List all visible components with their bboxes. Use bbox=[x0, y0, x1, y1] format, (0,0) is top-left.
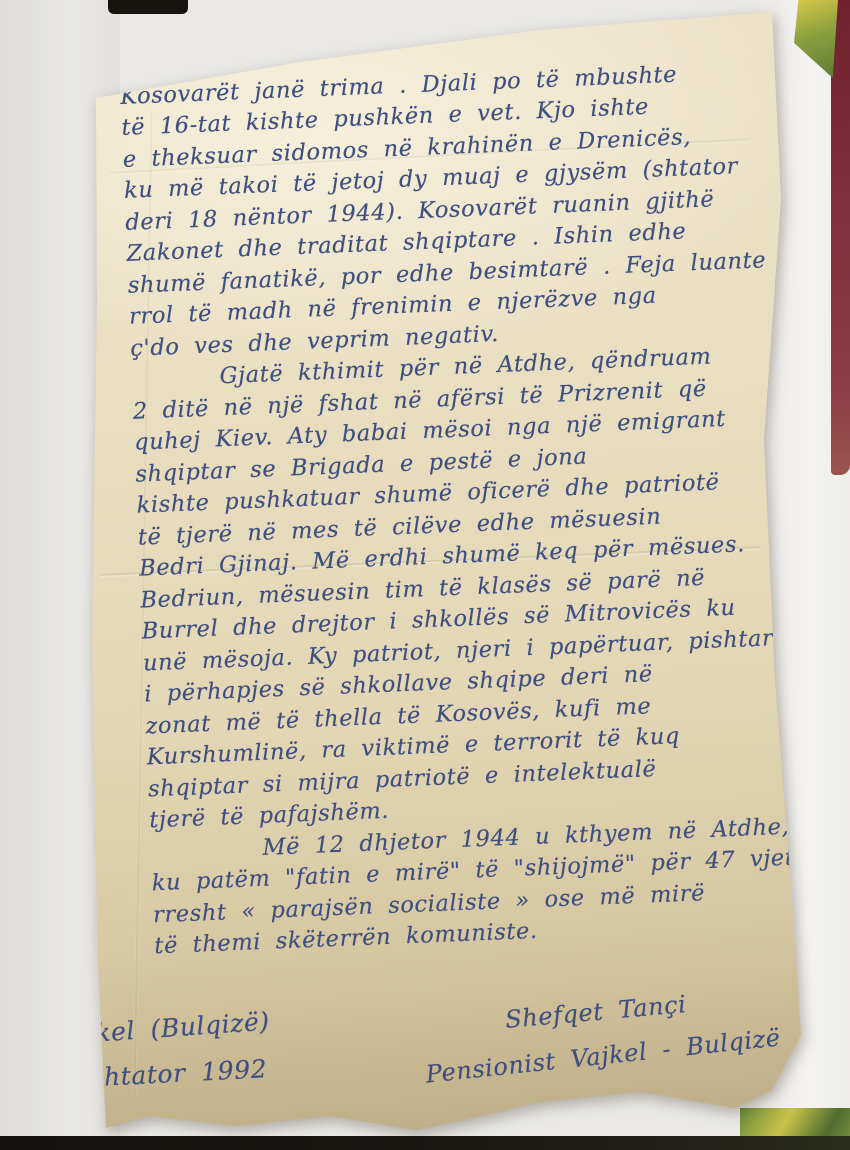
photo-bottom-black-bar bbox=[0, 1136, 850, 1150]
manuscript-paper-shadow: -5- Kosovarët janë trima . Djali po të m… bbox=[0, 0, 850, 1150]
manuscript-paper: -5- Kosovarët janë trima . Djali po të m… bbox=[0, 0, 850, 1150]
manuscript-text-block: -5- Kosovarët janë trima . Djali po të m… bbox=[118, 14, 810, 963]
footer-place: Vajkel (Bulqizë) bbox=[54, 1007, 270, 1051]
signature-title: Pensionist Vajkel - Bulqizë bbox=[425, 1023, 782, 1088]
page-number: -5- bbox=[314, 14, 774, 64]
signature-name: Shefqet Tançi bbox=[504, 990, 687, 1034]
footer-date: 28 shtator 1992 bbox=[41, 1054, 267, 1095]
photo-of-document: -5- Kosovarët janë trima . Djali po të m… bbox=[0, 0, 850, 1150]
